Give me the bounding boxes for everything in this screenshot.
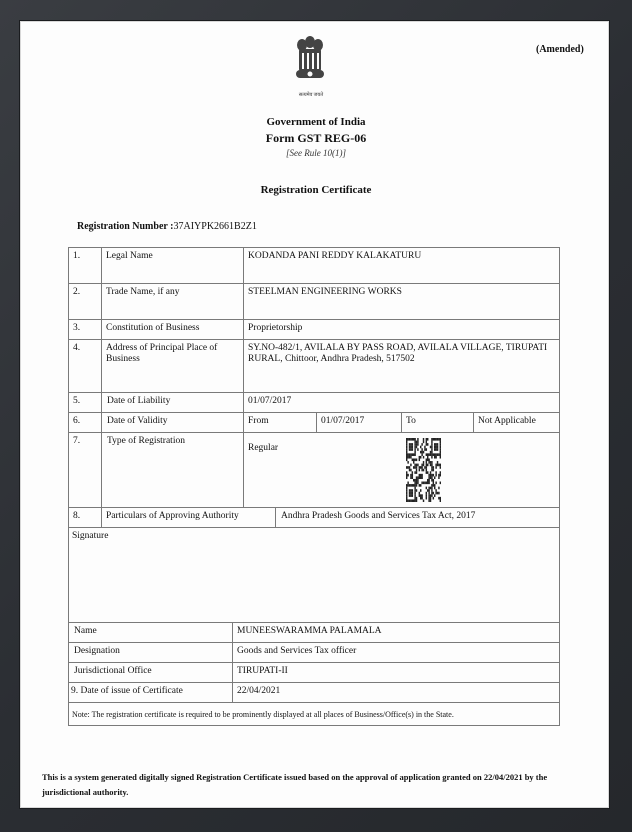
row-4-label: Address of Principal Place of Business (101, 339, 244, 393)
row-1-number: 1. (68, 247, 102, 284)
national-emblem-icon (292, 34, 328, 86)
row-6-label: Date of Validity (101, 412, 244, 433)
row-5-number: 5. (68, 392, 102, 413)
designation-value: Goods and Services Tax officer (232, 642, 560, 663)
signature-box: Signature (68, 527, 560, 623)
row-3-number: 3. (68, 319, 102, 340)
qr-code-icon[interactable] (406, 438, 441, 502)
row-7-number: 7. (68, 432, 102, 508)
officer-name-value: MUNEESWARAMMA PALAMALA (232, 622, 560, 643)
validity-to-label: To (401, 412, 474, 433)
row-8-label: Particulars of Approving Authority (101, 507, 276, 528)
form-title: Form GST REG-06 (0, 131, 632, 146)
liability-date-value: 01/07/2017 (243, 392, 560, 413)
certificate-title: Registration Certificate (0, 184, 632, 196)
issue-date-value: 22/04/2021 (232, 682, 560, 703)
approving-authority-value: Andhra Pradesh Goods and Services Tax Ac… (275, 507, 560, 528)
row-1-label: Legal Name (101, 247, 244, 284)
row-8-number: 8. (68, 507, 102, 528)
government-title: Government of India (0, 116, 632, 128)
officer-name-label: Name (68, 622, 233, 643)
jurisdictional-office-value: TIRUPATI-II (232, 662, 560, 683)
row-2-number: 2. (68, 283, 102, 320)
address-value: SY.NO-482/1, AVILALA BY PASS ROAD, AVILA… (243, 339, 560, 393)
registration-number-line: Registration Number :37AIYPK2661B2Z1 (77, 221, 257, 232)
row-3-label: Constitution of Business (101, 319, 244, 340)
row-5-label: Date of Liability (101, 392, 244, 413)
registration-type-value: Regular (243, 432, 560, 508)
trade-name-value: STEELMAN ENGINEERING WORKS (243, 283, 560, 320)
row-2-label: Trade Name, if any (101, 283, 244, 320)
row-6-number: 6. (68, 412, 102, 433)
validity-to-value: Not Applicable (473, 412, 560, 433)
amended-label: (Amended) (536, 44, 584, 55)
emblem-motto: सत्यमेव जयते (290, 92, 332, 98)
registration-number-label: Registration Number : (77, 221, 173, 232)
jurisdictional-office-label: Jurisdictional Office (68, 662, 233, 683)
legal-name-value: KODANDA PANI REDDY KALAKATURU (243, 247, 560, 284)
validity-from-value: 01/07/2017 (316, 412, 402, 433)
row-4-number: 4. (68, 339, 102, 393)
validity-from-label: From (243, 412, 317, 433)
constitution-value: Proprietorship (243, 319, 560, 340)
issue-date-label: 9. Date of issue of Certificate (68, 682, 233, 703)
row-7-label: Type of Registration (101, 432, 244, 508)
registration-number: 37AIYPK2661B2Z1 (173, 221, 256, 232)
footer-statement: This is a system generated digitally sig… (42, 770, 590, 800)
display-note: Note: The registration certificate is re… (68, 702, 560, 726)
rule-reference: [See Rule 10(1)] (0, 148, 632, 158)
designation-label: Designation (68, 642, 233, 663)
